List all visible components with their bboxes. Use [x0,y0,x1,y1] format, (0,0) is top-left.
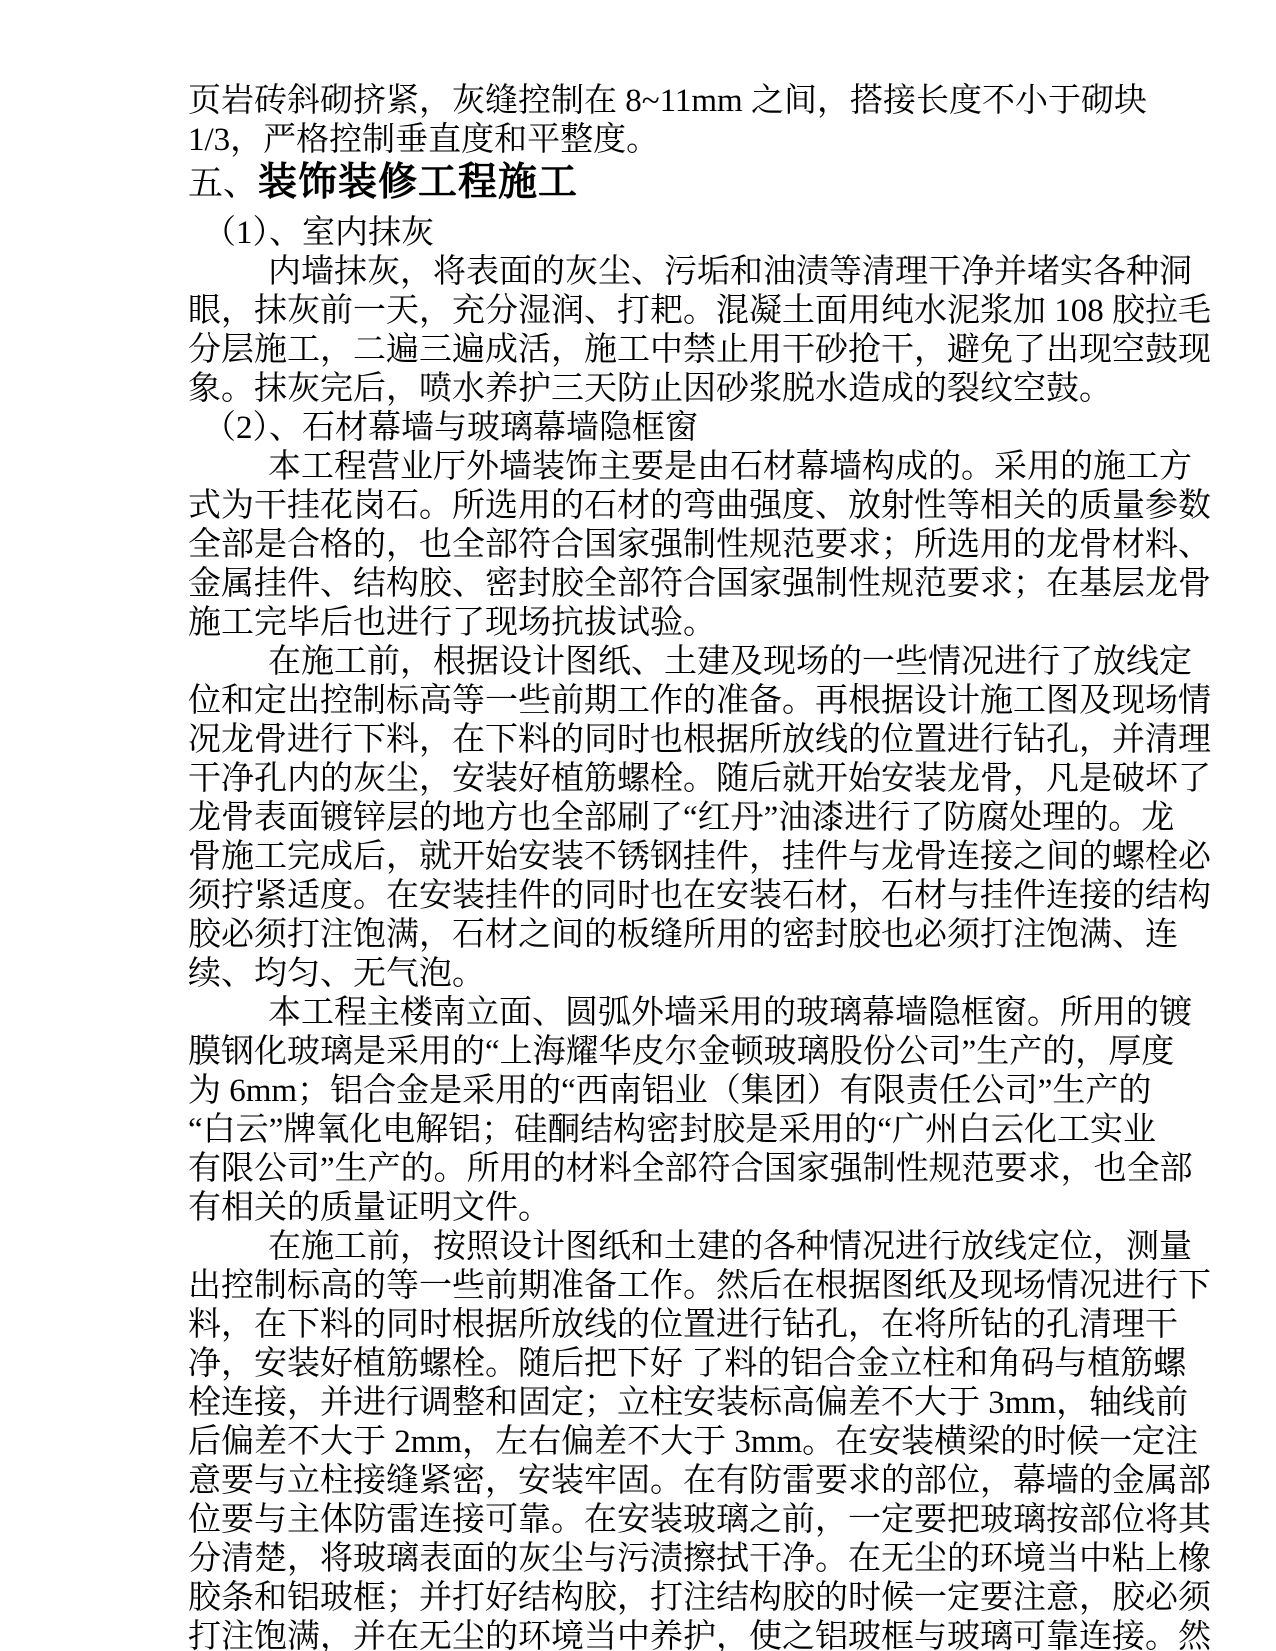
text-line: “白云”牌氧化电解铝；硅酮结构密封胶是采用的“广州白云化工实业 [188,1111,1098,1150]
text-line: 栓连接，并进行调整和固定；立柱安装标高偏差不大于 3mm，轴线前 [188,1384,1098,1423]
text-line: 出控制标高的等一些前期准备工作。然后在根据图纸及现场情况进行下 [188,1267,1098,1306]
text-line: 页岩砖斜砌挤紧，灰缝控制在 8~11mm 之间，搭接长度不小于砌块 [188,82,1098,121]
text-line: 龙骨表面镀锌层的地方也全部刷了“红丹”油漆进行了防腐处理的。龙 [188,799,1098,838]
text-line: 有限公司”生产的。所用的材料全部符合国家强制性规范要求，也全部 [188,1150,1098,1189]
document-content: 页岩砖斜砌挤紧，灰缝控制在 8~11mm 之间，搭接长度不小于砌块1/3，严格控… [188,82,1098,1651]
text-line: 在施工前，根据设计图纸、土建及现场的一些情况进行了放线定 [188,643,1098,682]
paragraph-stone-installation-process: 在施工前，根据设计图纸、土建及现场的一些情况进行了放线定位和定出控制标高等一些前… [188,643,1098,994]
text-line: 料，在下料的同时根据所放线的位置进行钻孔，在将所钻的孔清理干 [188,1306,1098,1345]
subheading-stone-curtain-wall: （2）、石材幕墙与玻璃幕墙隐框窗 [188,409,1098,448]
text-line: 位要与主体防雷连接可靠。在安装玻璃之前，一定要把玻璃按部位将其 [188,1501,1098,1540]
text-line: 胶条和铝玻框；并打好结构胶，打注结构胶的时候一定要注意，胶必须 [188,1579,1098,1618]
text-line: 施工完毕后也进行了现场抗拔试验。 [188,604,1098,643]
text-line: 全部是合格的，也全部符合国家强制性规范要求；所选用的龙骨材料、 [188,526,1098,565]
text-line: 干净孔内的灰尘，安装好植筋螺栓。随后就开始安装龙骨，凡是破坏了 [188,760,1098,799]
text-line: 金属挂件、结构胶、密封胶全部符合国家强制性规范要求；在基层龙骨 [188,565,1098,604]
text-line: 膜钢化玻璃是采用的“上海耀华皮尔金顿玻璃股份公司”生产的，厚度 [188,1033,1098,1072]
paragraph-interior-plastering: 内墙抹灰，将表面的灰尘、污垢和油渍等清理干净并堵实各种洞眼，抹灰前一天，充分湿润… [188,253,1098,409]
text-line: 眼，抹灰前一天，充分湿润、打耙。混凝土面用纯水泥浆加 108 胶拉毛 [188,292,1098,331]
text-line: 1/3，严格控制垂直度和平整度。 [188,121,1098,160]
text-line: 本工程主楼南立面、圆弧外墙采用的玻璃幕墙隐框窗。所用的镀 [188,994,1098,1033]
text-line: 净，安装好植筋螺栓。随后把下好 了料的铝合金立柱和角码与植筋螺 [188,1345,1098,1384]
paragraph-glass-curtain-wall-materials: 本工程主楼南立面、圆弧外墙采用的玻璃幕墙隐框窗。所用的镀膜钢化玻璃是采用的“上海… [188,994,1098,1228]
text-line: 位和定出控制标高等一些前期工作的准备。再根据设计施工图及现场情 [188,682,1098,721]
text-line: 续、均匀、无气泡。 [188,955,1098,994]
text-line: 须拧紧适度。在安装挂件的同时也在安装石材，石材与挂件连接的结构 [188,877,1098,916]
text-line: 后偏差不大于 2mm，左右偏差不大于 3mm。在安装横梁的时候一定注 [188,1423,1098,1462]
text-line: 为 6mm；铝合金是采用的“西南铝业（集团）有限责任公司”生产的 [188,1072,1098,1111]
text-line: 本工程营业厅外墙装饰主要是由石材幕墙构成的。采用的施工方 [188,448,1098,487]
text-line: 胶必须打注饱满，石材之间的板缝所用的密封胶也必须打注饱满、连 [188,916,1098,955]
text-line: 况龙骨进行下料，在下料的同时也根据所放线的位置进行钻孔，并清理 [188,721,1098,760]
text-line: 打注饱满，并在无尘的环境当中养护，使之铝玻框与玻璃可靠连接。然 [188,1618,1098,1651]
heading-title: 装饰装修工程施工 [258,160,578,205]
text-line: （1）、室内抹灰 [188,214,1098,253]
text-line: 内墙抹灰，将表面的灰尘、污垢和油渍等清理干净并堵实各种洞 [188,253,1098,292]
heading-number: 五、 [188,164,258,203]
paragraph-stone-curtain-wall-materials: 本工程营业厅外墙装饰主要是由石材幕墙构成的。采用的施工方式为干挂花岗石。所选用的… [188,448,1098,643]
text-line: 在施工前，按照设计图纸和土建的各种情况进行放线定位，测量 [188,1228,1098,1267]
text-line: 式为干挂花岗石。所选用的石材的弯曲强度、放射性等相关的质量参数 [188,487,1098,526]
text-line: 骨施工完成后，就开始安装不锈钢挂件，挂件与龙骨连接之间的螺栓必 [188,838,1098,877]
subheading-interior-plastering: （1）、室内抹灰 [188,214,1098,253]
text-line: 意要与立柱接缝紧密，安装牢固。在有防雷要求的部位，幕墙的金属部 [188,1462,1098,1501]
text-line: 分层施工，二遍三遍成活，施工中禁止用干砂抢干，避免了出现空鼓现 [188,331,1098,370]
text-line: 象。抹灰完后，喷水养护三天防止因砂浆脱水造成的裂纹空鼓。 [188,370,1098,409]
section-heading-decoration-works: 五、装饰装修工程施工 [188,160,1098,214]
text-line: （2）、石材幕墙与玻璃幕墙隐框窗 [188,409,1098,448]
paragraph-glass-installation-process: 在施工前，按照设计图纸和土建的各种情况进行放线定位，测量出控制标高的等一些前期准… [188,1228,1098,1651]
text-line: 分清楚，将玻璃表面的灰尘与污渍擦拭干净。在无尘的环境当中粘上橡 [188,1540,1098,1579]
document-page: 页岩砖斜砌挤紧，灰缝控制在 8~11mm 之间，搭接长度不小于砌块1/3，严格控… [0,0,1276,1651]
text-line: 有相关的质量证明文件。 [188,1189,1098,1228]
paragraph-brickwork-continuation: 页岩砖斜砌挤紧，灰缝控制在 8~11mm 之间，搭接长度不小于砌块1/3，严格控… [188,82,1098,160]
